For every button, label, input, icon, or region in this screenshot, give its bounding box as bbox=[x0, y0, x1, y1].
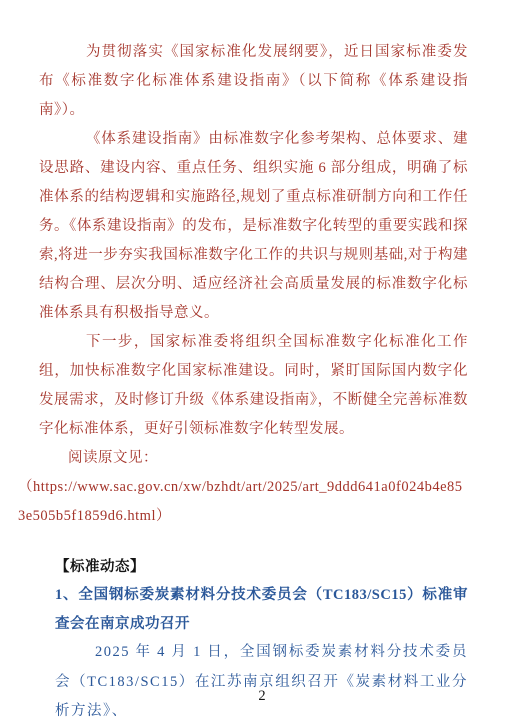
news-item-title: 1、全国钢标委炭素材料分技术委员会（TC183/SC15）标准审查会在南京成功召… bbox=[55, 581, 468, 638]
document-page: 为贯彻落实《国家标准化发展纲要》，近日国家标准委发布《标准数字化标准体系建设指南… bbox=[0, 0, 524, 727]
news-item-body: 2025 年 4 月 1 日，全国钢标委炭素材料分技术委员会（TC183/SC1… bbox=[55, 638, 468, 727]
read-original-label: 阅读原文见： bbox=[39, 444, 468, 473]
paragraph-guide-contents: 《体系建设指南》由标准数字化参考架构、总体要求、建设思路、建设内容、重点任务、组… bbox=[39, 125, 468, 328]
section-header-standards-news: 【标准动态】 bbox=[55, 553, 468, 581]
page-number: 2 bbox=[0, 688, 524, 705]
paragraph-next-steps: 下一步，国家标准委将组织全国标准数字化标准化工作组，加快标准数字化国家标准建设。… bbox=[39, 328, 468, 444]
source-url-text: （https://www.sac.gov.cn/xw/bzhdt/art/202… bbox=[18, 473, 468, 531]
paragraph-intro: 为贯彻落实《国家标准化发展纲要》，近日国家标准委发布《标准数字化标准体系建设指南… bbox=[39, 38, 468, 125]
